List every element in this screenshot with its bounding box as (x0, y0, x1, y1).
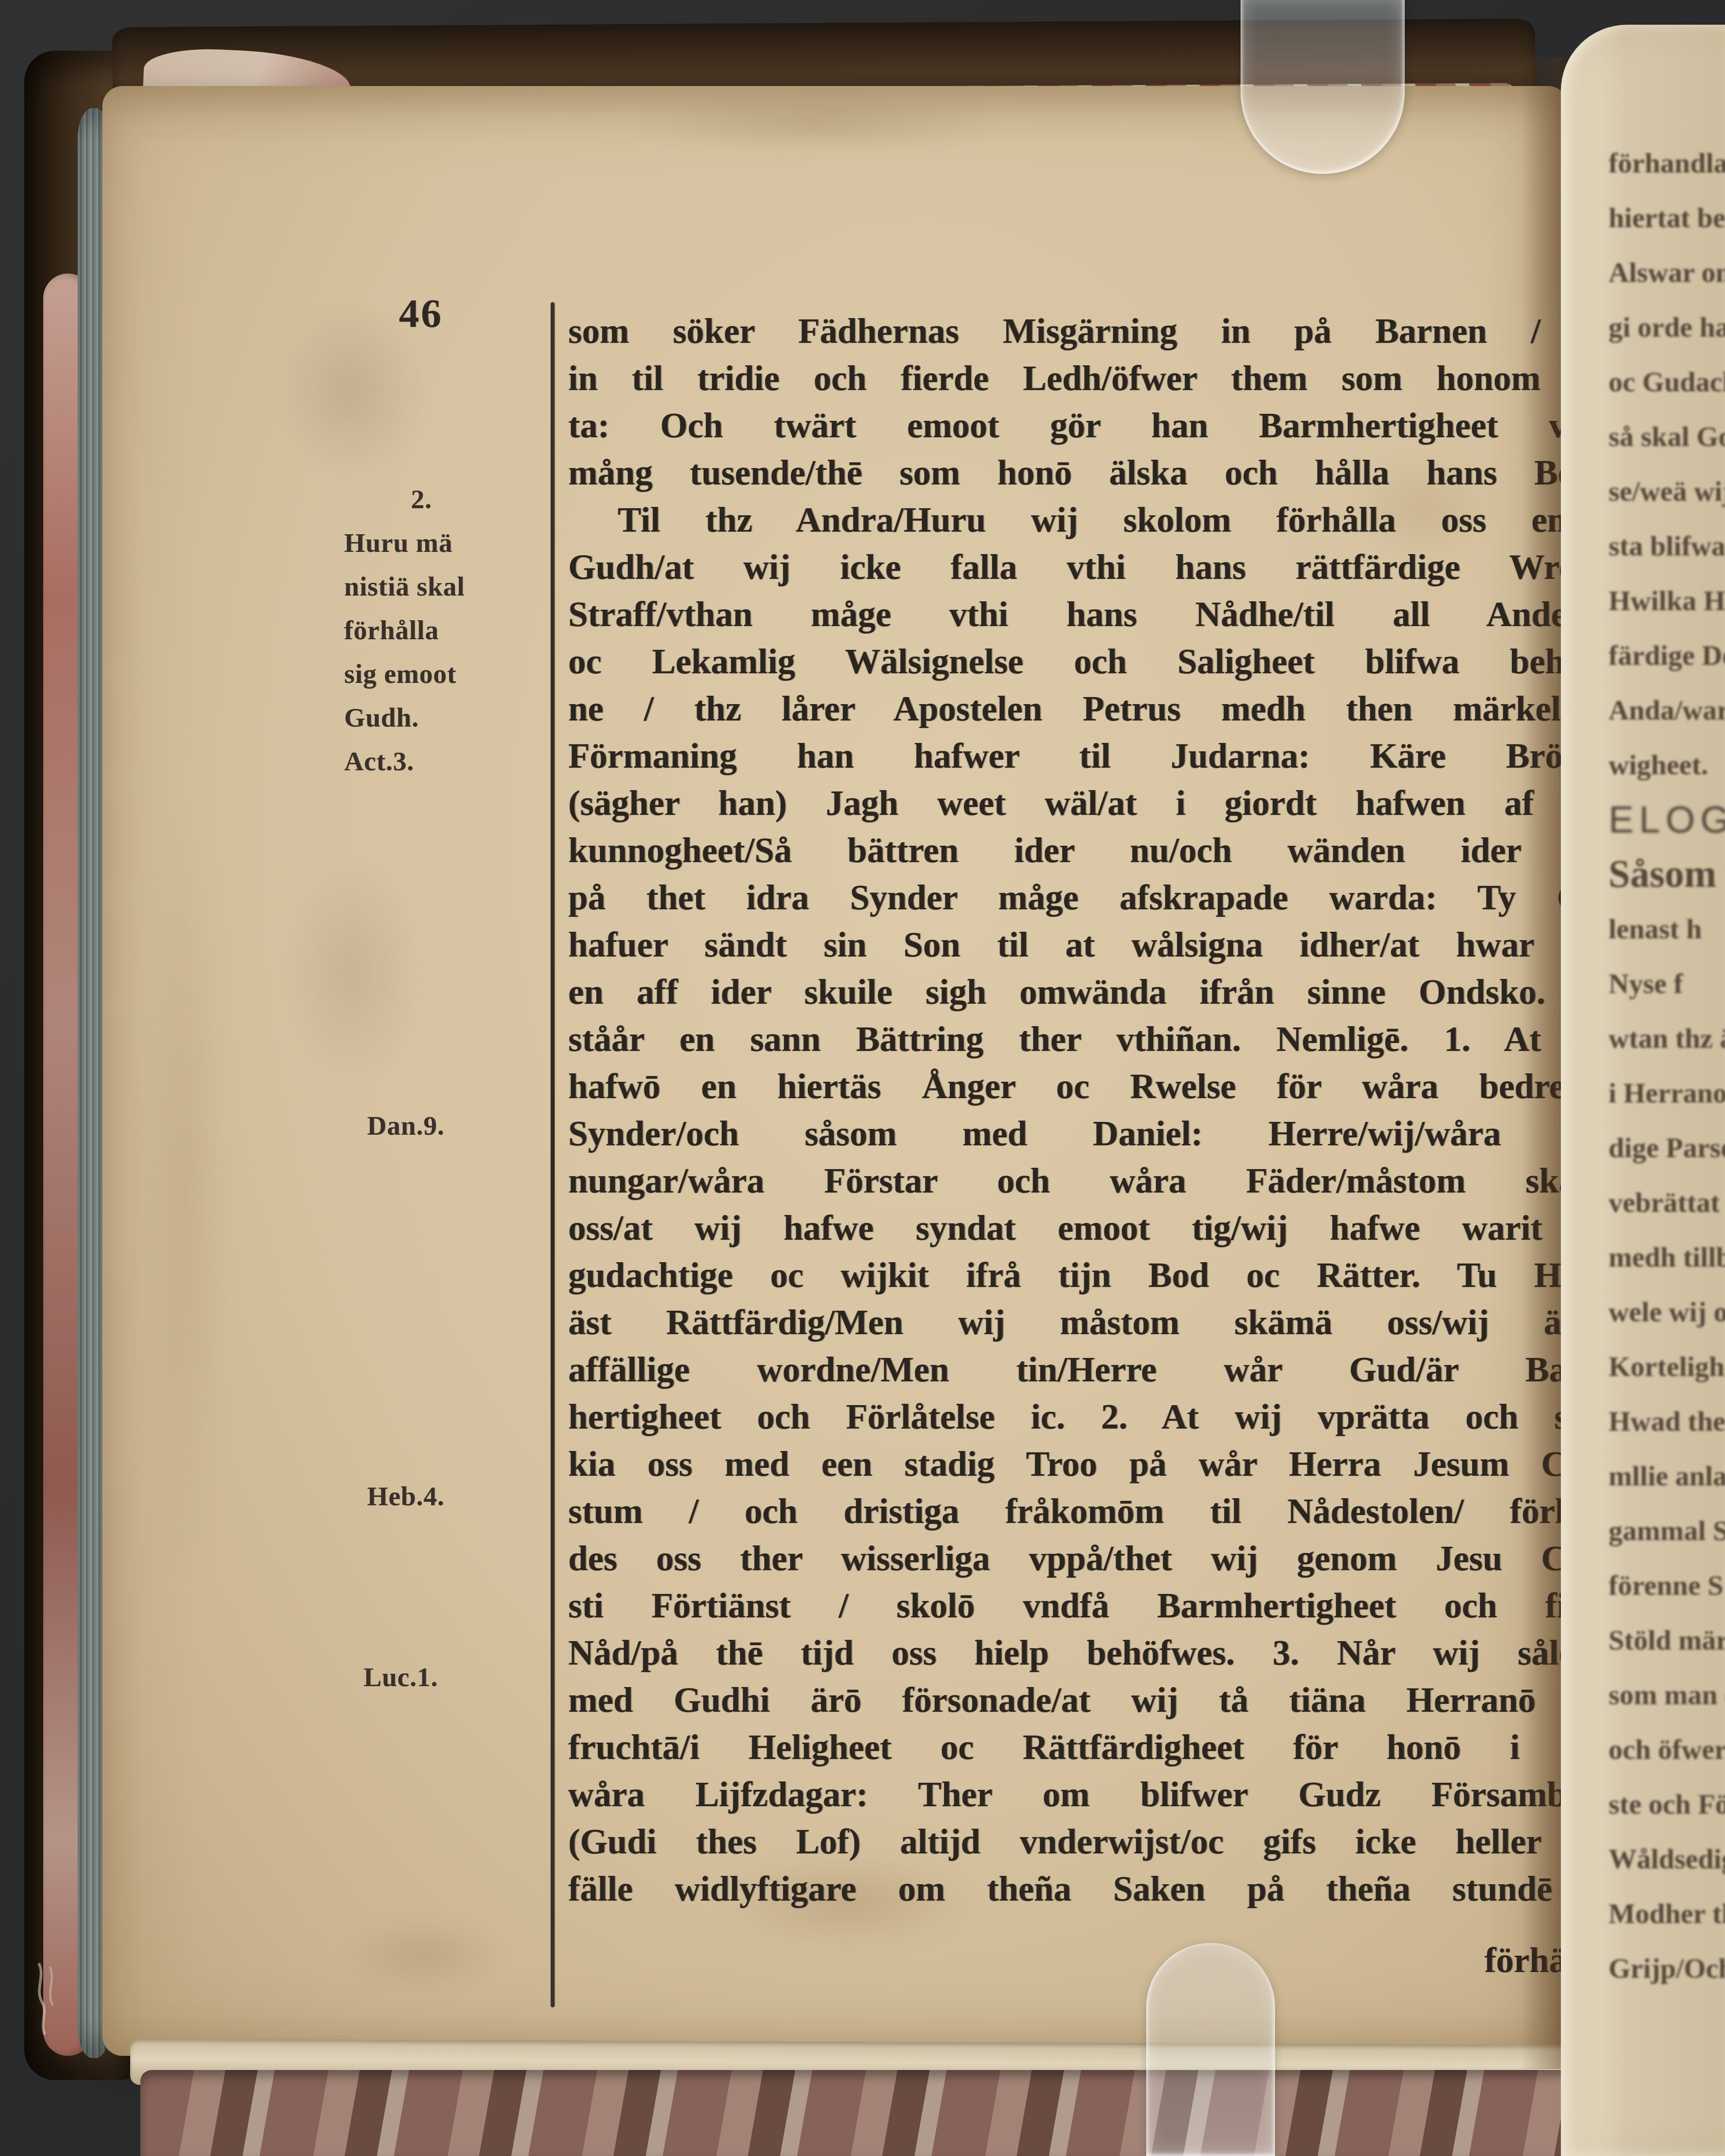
body-text-column: som söker Fädhernas Misgärning in på Bar… (568, 308, 1624, 1913)
body-text-line: oss/at wij hafwe syndat emoot tig/wij ha… (568, 1205, 1624, 1252)
facing-page-text-fragment: medh tillbör (1609, 1230, 1725, 1285)
facing-page-text-fragment: gammal S (1609, 1504, 1725, 1558)
margin-note-line: 2. (344, 478, 551, 521)
facing-page-text-fragment: hiertat behålla (1609, 191, 1725, 245)
facing-page-text-fragment: i Herranom (1609, 1066, 1725, 1121)
body-text-line: på thet idra Synder måge afskrapade ward… (568, 874, 1624, 922)
body-text-line: nungar/wåra Förstar och wåra Fäder/måsto… (568, 1158, 1624, 1205)
body-text-line: ne / thz lårer Apostelen Petrus medh the… (568, 686, 1624, 733)
body-text-line: fruchtā/i Heligheet oc Rättfärdigheet fö… (568, 1724, 1624, 1771)
facing-page-text-fragment: se/weä wij Rels (1609, 464, 1725, 519)
body-text-line: hafwō en hiertäs Ånger oc Rwelse för wår… (568, 1063, 1624, 1110)
facing-page-text-fragment: oc Gudachtighe (1609, 355, 1725, 409)
catchword: förhädla/ (568, 1937, 1624, 1984)
facing-page-text-fragment: Såsom w (1609, 847, 1725, 902)
body-text-line: Gudh/at wij icke falla vthi hans rättfär… (568, 544, 1624, 591)
body-text-line: som söker Fädhernas Misgärning in på Bar… (568, 308, 1624, 355)
margin-note-line: Huru mä (344, 521, 551, 565)
body-text-line: in til tridie och fierde Ledh/öfwer them… (568, 355, 1624, 402)
margin-note-line: Heb.4. (367, 1475, 574, 1519)
facing-page-text-fragment: vebrättat h (1609, 1175, 1725, 1230)
body-text-line: (sägher han) Jagh weet wäl/at i giordt h… (568, 780, 1624, 827)
facing-page-text-fragment: så skal God int (1609, 409, 1725, 464)
facing-page-text-fragment: ste och Fördöm (1609, 1777, 1725, 1832)
facing-page-text-fragment: Korteligh (1609, 1339, 1725, 1394)
transparent-page-weight-top (1241, 0, 1405, 174)
body-text-line: wåra Lijfzdagar: Ther om blifwer Gudz Fö… (568, 1771, 1624, 1819)
body-text-line: (Gudi thes Lof) altijd vnderwijst/oc gif… (568, 1819, 1624, 1866)
facing-page-text-fragment: Stöld märck (1609, 1613, 1725, 1668)
facing-page-text-fragment: mllie anlang (1609, 1449, 1725, 1504)
body-text-line: en aff ider skuile sigh omwända ifrån si… (568, 969, 1624, 1016)
body-text-line: oc Lekamlig Wälsignelse och Saligheet bl… (568, 638, 1624, 686)
edge-scribble-mark (30, 1959, 70, 2038)
body-text-line: ta: Och twärt emoot gör han Barmhertighe… (568, 402, 1624, 450)
facing-page-text-fragment: Alswar omwänd (1609, 245, 1725, 300)
marbled-bottom-edge (140, 2070, 1634, 2156)
facing-page-text-fragment: wele wij och (1609, 1285, 1725, 1339)
body-text-line: stum / och dristiga fråkomōm til Nådesto… (568, 1488, 1624, 1535)
facing-page-text-fragment: färdige Doman (1609, 628, 1725, 683)
damp-stain (133, 668, 239, 1727)
body-text-line: Til thz Andra/Huru wij skolom förhålla o… (568, 497, 1624, 544)
facing-page-text-fragment: och öfwer them (1609, 1722, 1725, 1777)
paper-stain (552, 82, 1082, 165)
facing-page-text-fragment: Hwilka Herren (1609, 574, 1725, 628)
paper-stain (310, 1904, 539, 2005)
facing-page-text-fragment: Hwad the (1609, 1394, 1725, 1449)
body-text-line: gudachtige oc wijkit ifrå tijn Bod oc Rä… (568, 1252, 1624, 1299)
margin-note-luc-1: Luc.1. (364, 1656, 571, 1699)
body-text-line: kunnogheet/Så bättren ider nu/och wänden… (568, 827, 1624, 874)
facing-page-text-fragment: förhandla/a (1609, 136, 1725, 191)
facing-page-text-fragment: Modher them (1609, 1886, 1725, 1941)
margin-note-line: Luc.1. (364, 1656, 571, 1699)
facing-page-text-fragment: wigheet. (1609, 738, 1725, 792)
page-number: 46 (399, 290, 496, 337)
body-text-line: Nåd/på thē tijd oss hielp behöfwes. 3. N… (568, 1630, 1624, 1677)
body-text-line: mång tusende/thē som honō älska och håll… (568, 450, 1624, 497)
body-text-line: ståår en sann Bättring ther vthiñan. Nem… (568, 1016, 1624, 1063)
body-text-line: Förmaning han hafwer til Judarna: Käre B… (568, 733, 1624, 780)
margin-note-line: sig emoot (344, 652, 551, 696)
facing-page-curved-edge: förhandla/ahiertat behållaAlswar omwändg… (1561, 25, 1725, 2156)
facing-page-text-fragment: ELOG (1609, 792, 1725, 847)
transparent-page-weight-bottom (1146, 1943, 1275, 2156)
facing-page-text-fragment: sta blifwa beskr (1609, 519, 1725, 574)
body-text-line: des oss ther wisserliga vppå/thet wij ge… (568, 1535, 1624, 1582)
facing-page-text-fragment: förenne S (1609, 1558, 1725, 1613)
body-text-line: kia oss med een stadig Troo på wår Herra… (568, 1441, 1624, 1488)
facing-page-text-fragment: wtan thz är (1609, 1011, 1725, 1066)
body-text-line: Synder/och såsom med Daniel: Herre/wij/w… (568, 1110, 1624, 1158)
body-text-line: affällige wordne/Men tin/Herre wår Gud/ä… (568, 1346, 1624, 1394)
facing-page-text-fragment: Grijp/Och ä (1609, 1941, 1725, 1996)
facing-page-text-fragment: Nyse f (1609, 956, 1725, 1011)
body-text-line: hertigheet och Förlåtelse ic. 2. At wij … (568, 1394, 1624, 1441)
photograph-of-open-book: 46 2.Huru mänistiä skalförhållasig emoot… (0, 0, 1725, 2156)
facing-page-text-fragment: gi orde hafwom (1609, 300, 1725, 355)
facing-page-text-fragment: som man elsk (1609, 1668, 1725, 1722)
book-page: 46 2.Huru mänistiä skalförhållasig emoot… (102, 86, 1568, 2056)
margin-note-line: Dan.9. (367, 1104, 574, 1148)
margin-note-line: Gudh. (344, 696, 551, 740)
facing-page-text-fragment: lenast h (1609, 902, 1725, 956)
ink-show-through (257, 818, 446, 1127)
facing-page-text: förhandla/ahiertat behållaAlswar omwändg… (1609, 136, 1725, 1996)
body-text-line: fälle widlyftigare om theña Saken på the… (568, 1866, 1624, 1913)
facing-page-text-fragment: Anda/wari L (1609, 683, 1725, 738)
margin-note-section-2: 2.Huru mänistiä skalförhållasig emootGud… (344, 478, 551, 784)
margin-note-line: nistiä skal (344, 565, 551, 609)
body-text-line: med Gudhi ärō försonade/at wij tå tiäna … (568, 1677, 1624, 1724)
facing-page-text-fragment: dige Parsom (1609, 1121, 1725, 1175)
margin-note-dan-9: Dan.9. (367, 1104, 574, 1148)
margin-note-line: Act.3. (344, 740, 551, 784)
body-text-line: sti Förtiänst / skolō vndfå Barmhertighe… (568, 1582, 1624, 1630)
margin-note-line: förhålla (344, 609, 551, 652)
body-text-line: äst Rättfärdig/Men wij måstom skämä oss/… (568, 1299, 1624, 1346)
facing-page-text-fragment: Wåldsedige (1609, 1832, 1725, 1886)
body-text-line: hafuer sändt sin Son til at wålsigna idh… (568, 922, 1624, 969)
margin-note-heb-4: Heb.4. (367, 1475, 574, 1519)
body-text-line: Straff/vthan måge vthi hans Nådhe/til al… (568, 591, 1624, 638)
